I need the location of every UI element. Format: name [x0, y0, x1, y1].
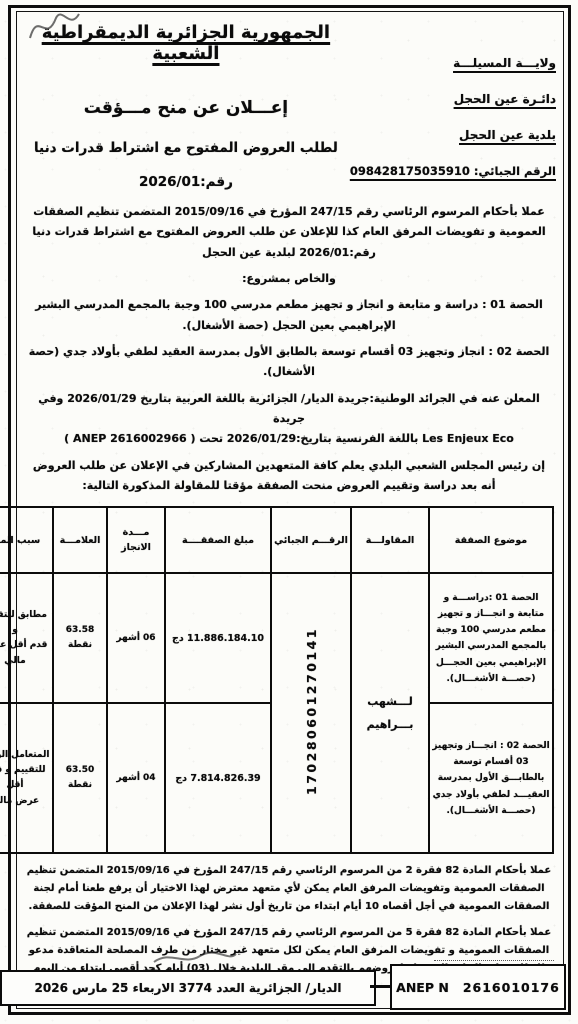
footer-connector-line	[370, 985, 392, 988]
page-content: ولايـــة المسيلـــة دائـرة عين الحجل بلد…	[22, 16, 556, 1004]
anep-dotted-line	[434, 960, 554, 961]
award-table-header-row: موضوع الصفقة المقاولـــة الرقـــم الجبائ…	[0, 507, 553, 573]
notice-footer: الديار/ الجزائرية العدد 3774 الاربعاء 25…	[0, 964, 572, 1008]
column-header-tax-number: الرقـــم الجبائي	[271, 507, 351, 573]
contractor-cell: لـــشهب بـــراهيم	[351, 573, 429, 853]
tax-id-line: الرقم الجبائي: 098428175035910	[350, 164, 556, 178]
legal-paragraph-1: عملا بأحكام المادة 82 فقرة 2 من المرسوم …	[24, 862, 554, 916]
project-lead-line: والخاص بمشروع:	[28, 269, 550, 289]
amount-cell-lot2: 7.814.826.39 دج	[165, 703, 271, 853]
publication-line-1: المعلن عنه في الجرائد الوطنية:جريدة الدي…	[28, 389, 550, 430]
reason-cell-lot2: المتعامل الوحيد للتقييم و قدم أقل عرض ما…	[0, 703, 53, 853]
mark-cell-lot2: 63.50 نقطة	[53, 703, 107, 853]
column-header-duration: مـــدة الانجاز	[107, 507, 165, 573]
commune-line: بلدية عين الحجل	[350, 128, 556, 142]
contractor-tax-number-cell: 170280601270141	[271, 573, 351, 853]
intro-paragraph: عملا بأحكام المرسوم الرئاسي رقم 247/15 ا…	[28, 202, 550, 263]
authority-block: ولايـــة المسيلـــة دائـرة عين الحجل بلد…	[350, 16, 556, 200]
amount-cell-lot1: 11.886.184.10 دج	[165, 573, 271, 703]
column-header-subject: موضوع الصفقة	[429, 507, 553, 573]
column-header-mark: العلامـــة	[53, 507, 107, 573]
contractor-tax-number-vertical: 170280601270141	[304, 627, 319, 795]
duration-cell-lot1: 06 أشهر	[107, 573, 165, 703]
publication-line-2: Les Enjeux Eco باللغة الفرنسية بتاريخ:20…	[28, 429, 550, 449]
president-paragraph: إن رئيس المجلس الشعبي البلدي يعلم كافة ا…	[28, 456, 550, 497]
subject-cell-lot1: الحصة 01 :دراســـة و متابعة و انجـــاز و…	[429, 573, 553, 703]
lot1-paragraph: الحصة 01 : دراسة و متابعة و انجاز و تجهي…	[28, 295, 550, 336]
subject-cell-lot2: الحصة 02 : انجـــاز وتجهيز 03 أقسام توسع…	[429, 703, 553, 853]
anep-label: ANEP N	[396, 980, 449, 995]
journal-line: الديار/ الجزائرية العدد 3774 الاربعاء 25…	[35, 981, 342, 995]
daira-line: دائـرة عين الحجل	[350, 92, 556, 106]
mark-cell-lot1: 63.58 نقطة	[53, 573, 107, 703]
republic-title: الجمهورية الجزائرية الديمقراطية الشعبية	[22, 22, 350, 64]
wilaya-line: ولايـــة المسيلـــة	[350, 56, 556, 70]
reason-cell-lot1: مطابق للتقييم و قدم أقل عرض مالي	[0, 573, 53, 703]
award-table: موضوع الصفقة المقاولـــة الرقـــم الجبائ…	[0, 506, 554, 854]
notice-header: ولايـــة المسيلـــة دائـرة عين الحجل بلد…	[22, 16, 556, 200]
duration-cell-lot2: 04 أشهر	[107, 703, 165, 853]
announcement-number: رقم:2026/01	[22, 174, 350, 190]
title-block: الجمهورية الجزائرية الديمقراطية الشعبية …	[22, 16, 350, 190]
anep-box: ANEP N 2616010176	[390, 964, 566, 1010]
column-header-contractor: المقاولـــة	[351, 507, 429, 573]
column-header-reason: سبب المنح	[0, 507, 53, 573]
anep-number: 2616010176	[463, 980, 560, 995]
journal-box: الديار/ الجزائرية العدد 3774 الاربعاء 25…	[0, 970, 376, 1006]
announcement-subtitle: لطلب العروض المفتوح مع اشتراط قدرات دنيا	[22, 140, 350, 156]
scanned-notice-page: ولايـــة المسيلـــة دائـرة عين الحجل بلد…	[0, 0, 578, 1024]
table-row-lot1: الحصة 01 :دراســـة و متابعة و انجـــاز و…	[0, 573, 553, 703]
column-header-amount: مبلغ الصفقــــة	[165, 507, 271, 573]
announcement-title: إعـــلان عن منح مـــؤقت	[22, 98, 350, 118]
lot2-paragraph: الحصة 02 : انجاز وتجهيز 03 أقسام توسعة ب…	[28, 342, 550, 383]
